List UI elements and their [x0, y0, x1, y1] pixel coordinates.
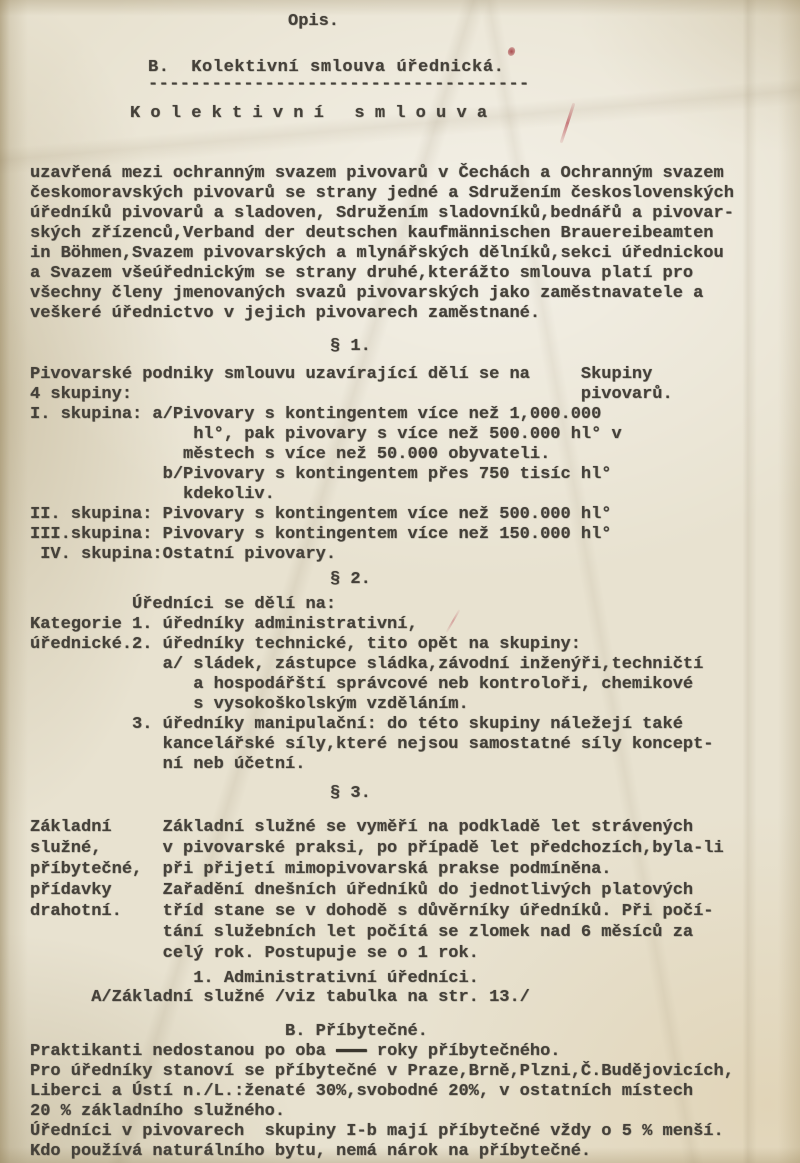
- section-1-body: Pivovarské podniky smlouvu uzavírající d…: [30, 365, 774, 565]
- opis-label: Opis.: [288, 12, 774, 32]
- section-2-heading: § 2.: [330, 570, 774, 590]
- section-3-heading: § 3.: [330, 784, 774, 804]
- section-3-body-with-margin-notes: Základní Základní služné se vyměří na po…: [30, 817, 774, 964]
- section-1-heading: § 1.: [330, 337, 774, 357]
- document-subtitle: K o l e k t i v n í s m l o u v a: [130, 104, 774, 124]
- struck-out-word: ———: [336, 1042, 367, 1061]
- section-b-heading: B. Příbytečné.: [30, 1022, 774, 1042]
- administrative-officials-lines: 1. Administrativní úředníci. A/Základní …: [30, 969, 774, 1007]
- praktikanti-text-before: Praktikanti nedostanou po oba: [30, 1042, 336, 1061]
- title-underline: ------------------------------------: [148, 78, 774, 91]
- section-2-body: Úředníci se dělí na: Kategorie 1. úřední…: [30, 595, 774, 775]
- section-b-praktikanti-line: Praktikanti nedostanou po oba ——— roky p…: [30, 1042, 774, 1062]
- typewritten-content: Opis. B. Kolektivní smlouva úřednická. -…: [0, 0, 800, 1162]
- praktikanti-text-after: roky příbytečného.: [367, 1042, 561, 1061]
- section-b-body: Pro úředníky stanoví se příbytečné v Pra…: [30, 1062, 774, 1162]
- intro-paragraph: uzavřená mezi ochranným svazem pivovarů …: [30, 164, 774, 324]
- document-page: Opis. B. Kolektivní smlouva úřednická. -…: [0, 0, 800, 1163]
